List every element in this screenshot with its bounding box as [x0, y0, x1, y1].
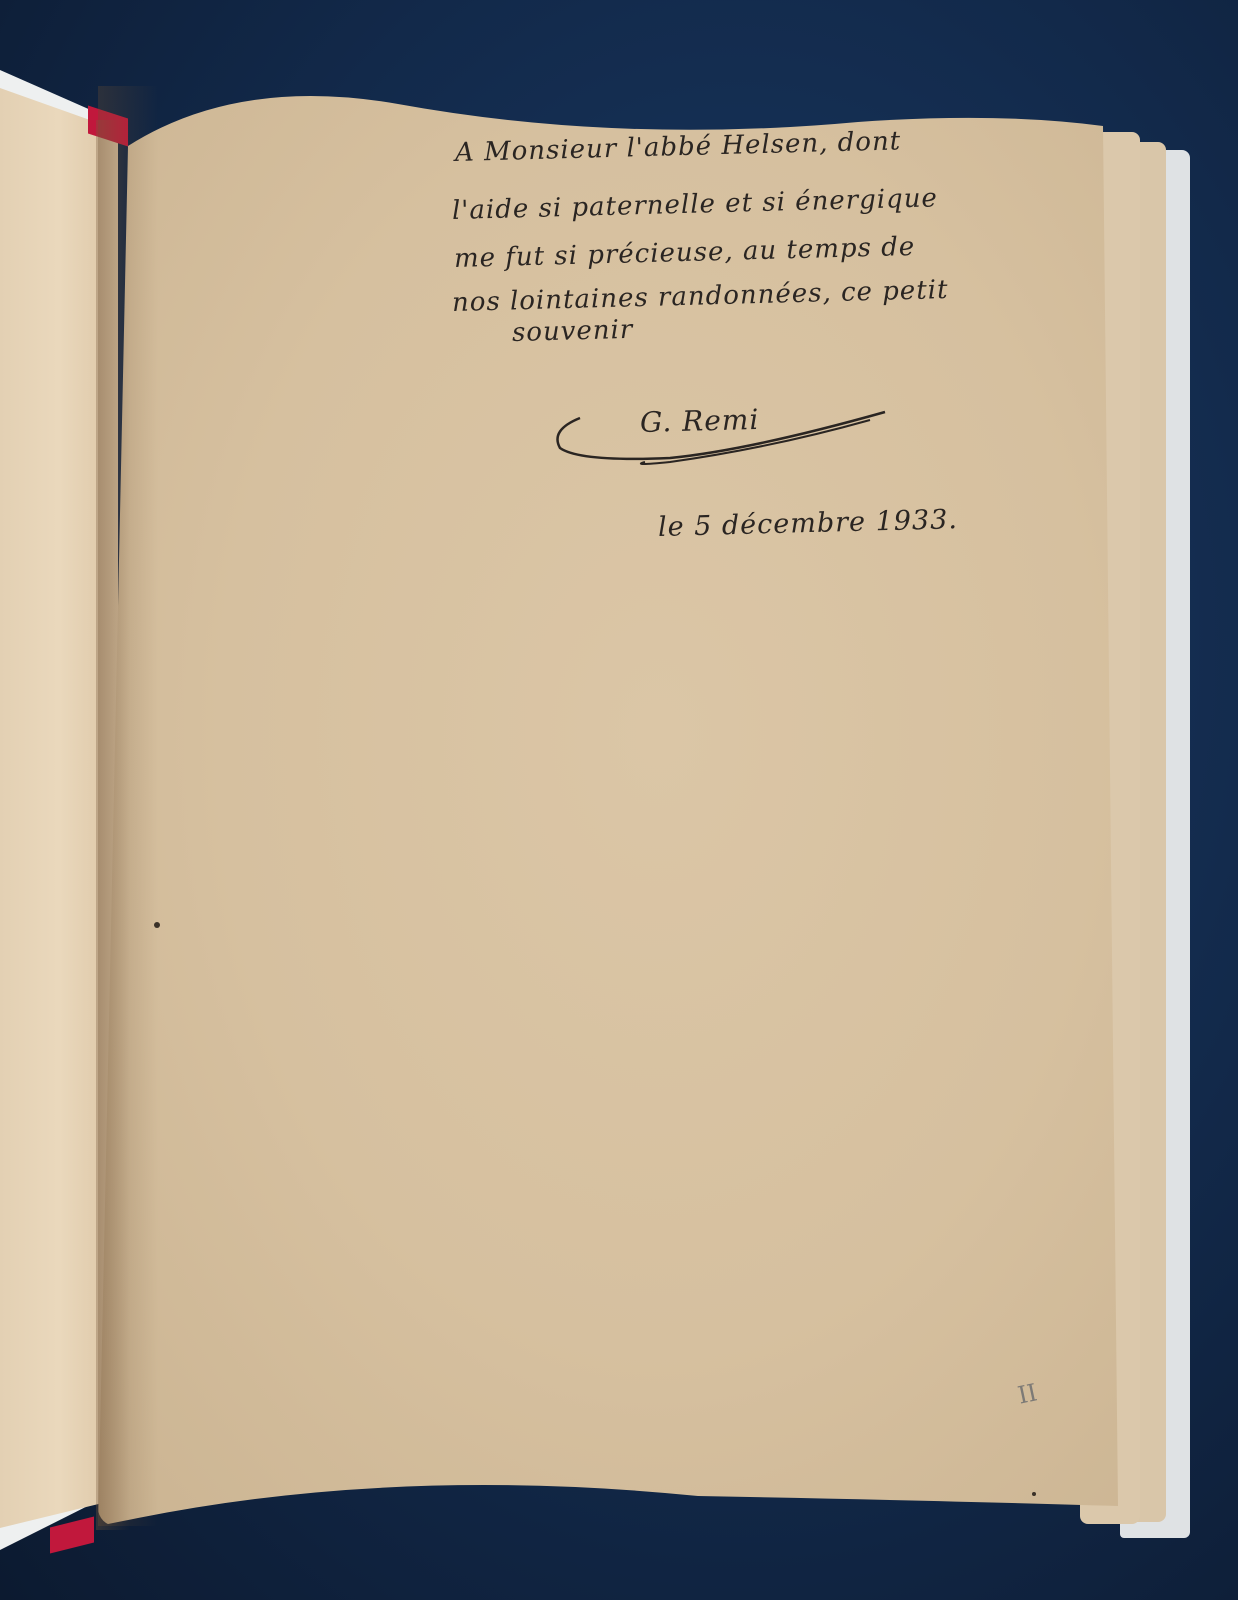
signature-text: G. Remi [640, 403, 760, 439]
signature: G. Remi [550, 400, 890, 480]
paper-spot [154, 922, 160, 928]
book-gutter [96, 120, 130, 1530]
paper-spot [1032, 1492, 1036, 1496]
red-spine-corner-bottom [50, 1517, 94, 1554]
inscription-line: souvenir [512, 315, 634, 348]
